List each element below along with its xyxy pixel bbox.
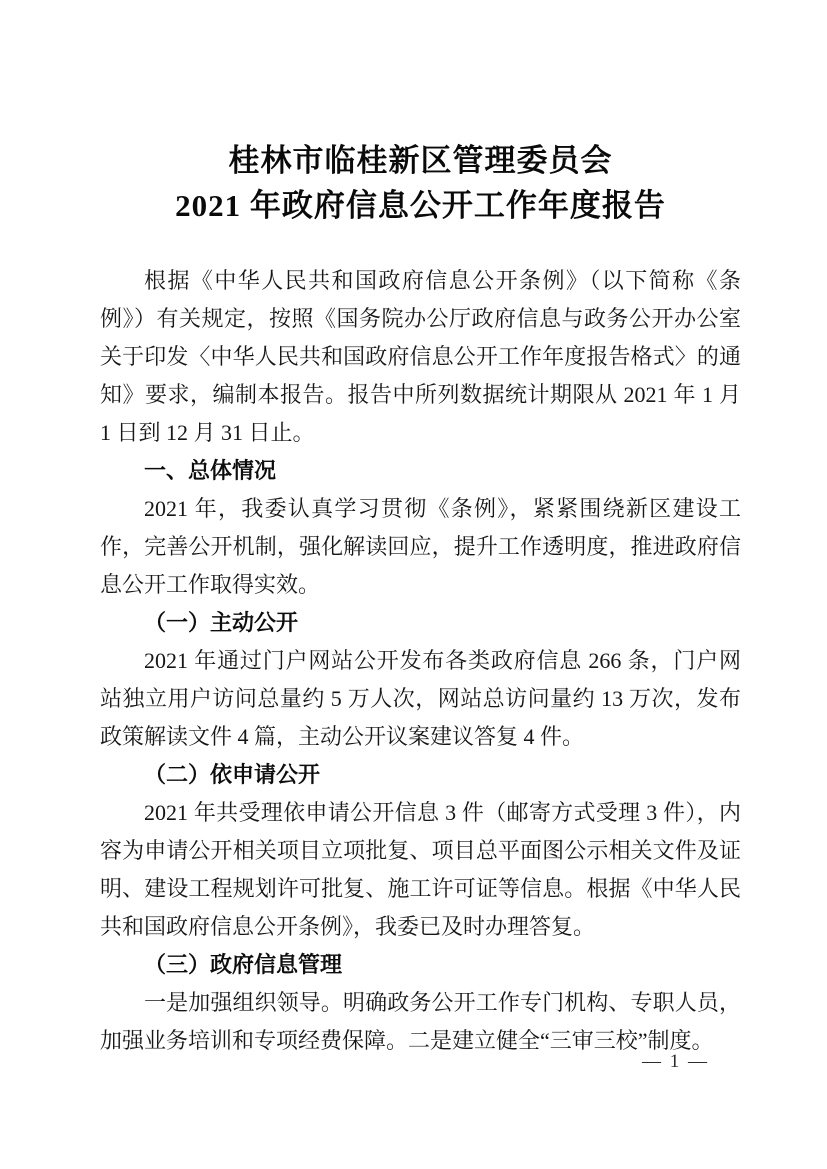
- section-paragraph-overall-situation: 2021 年，我委认真学习贯彻《条例》，紧紧围绕新区建设工作，完善公开机制，强化…: [100, 490, 741, 604]
- document-page: 桂林市临桂新区管理委员会 2021 年政府信息公开工作年度报告 根据《中华人民共…: [0, 0, 827, 1169]
- section-heading-information-management: （三）政府信息管理: [100, 946, 741, 984]
- document-title-block: 桂林市临桂新区管理委员会 2021 年政府信息公开工作年度报告: [100, 138, 741, 228]
- section-paragraph-disclosure-upon-request: 2021 年共受理依申请公开信息 3 件（邮寄方式受理 3 件），内容为申请公开…: [100, 794, 741, 946]
- section-paragraph-information-management: 一是加强组织领导。明确政务公开工作专门机构、专职人员，加强业务培训和专项经费保障…: [100, 984, 741, 1060]
- page-number: — 1 —: [642, 1051, 709, 1073]
- section-heading-disclosure-upon-request: （二）依申请公开: [100, 756, 741, 794]
- section-paragraph-proactive-disclosure: 2021 年通过门户网站公开发布各类政府信息 266 条，门户网站独立用户访问总…: [100, 642, 741, 756]
- document-title-line-2: 2021 年政府信息公开工作年度报告: [100, 183, 741, 228]
- section-heading-overall-situation: 一、总体情况: [100, 452, 741, 490]
- intro-paragraph: 根据《中华人民共和国政府信息公开条例》（以下简称《条例》）有关规定，按照《国务院…: [100, 262, 741, 452]
- document-content: 桂林市临桂新区管理委员会 2021 年政府信息公开工作年度报告 根据《中华人民共…: [100, 138, 741, 1060]
- document-title-line-1: 桂林市临桂新区管理委员会: [100, 138, 741, 183]
- document-body: 根据《中华人民共和国政府信息公开条例》（以下简称《条例》）有关规定，按照《国务院…: [100, 262, 741, 1060]
- section-heading-proactive-disclosure: （一）主动公开: [100, 604, 741, 642]
